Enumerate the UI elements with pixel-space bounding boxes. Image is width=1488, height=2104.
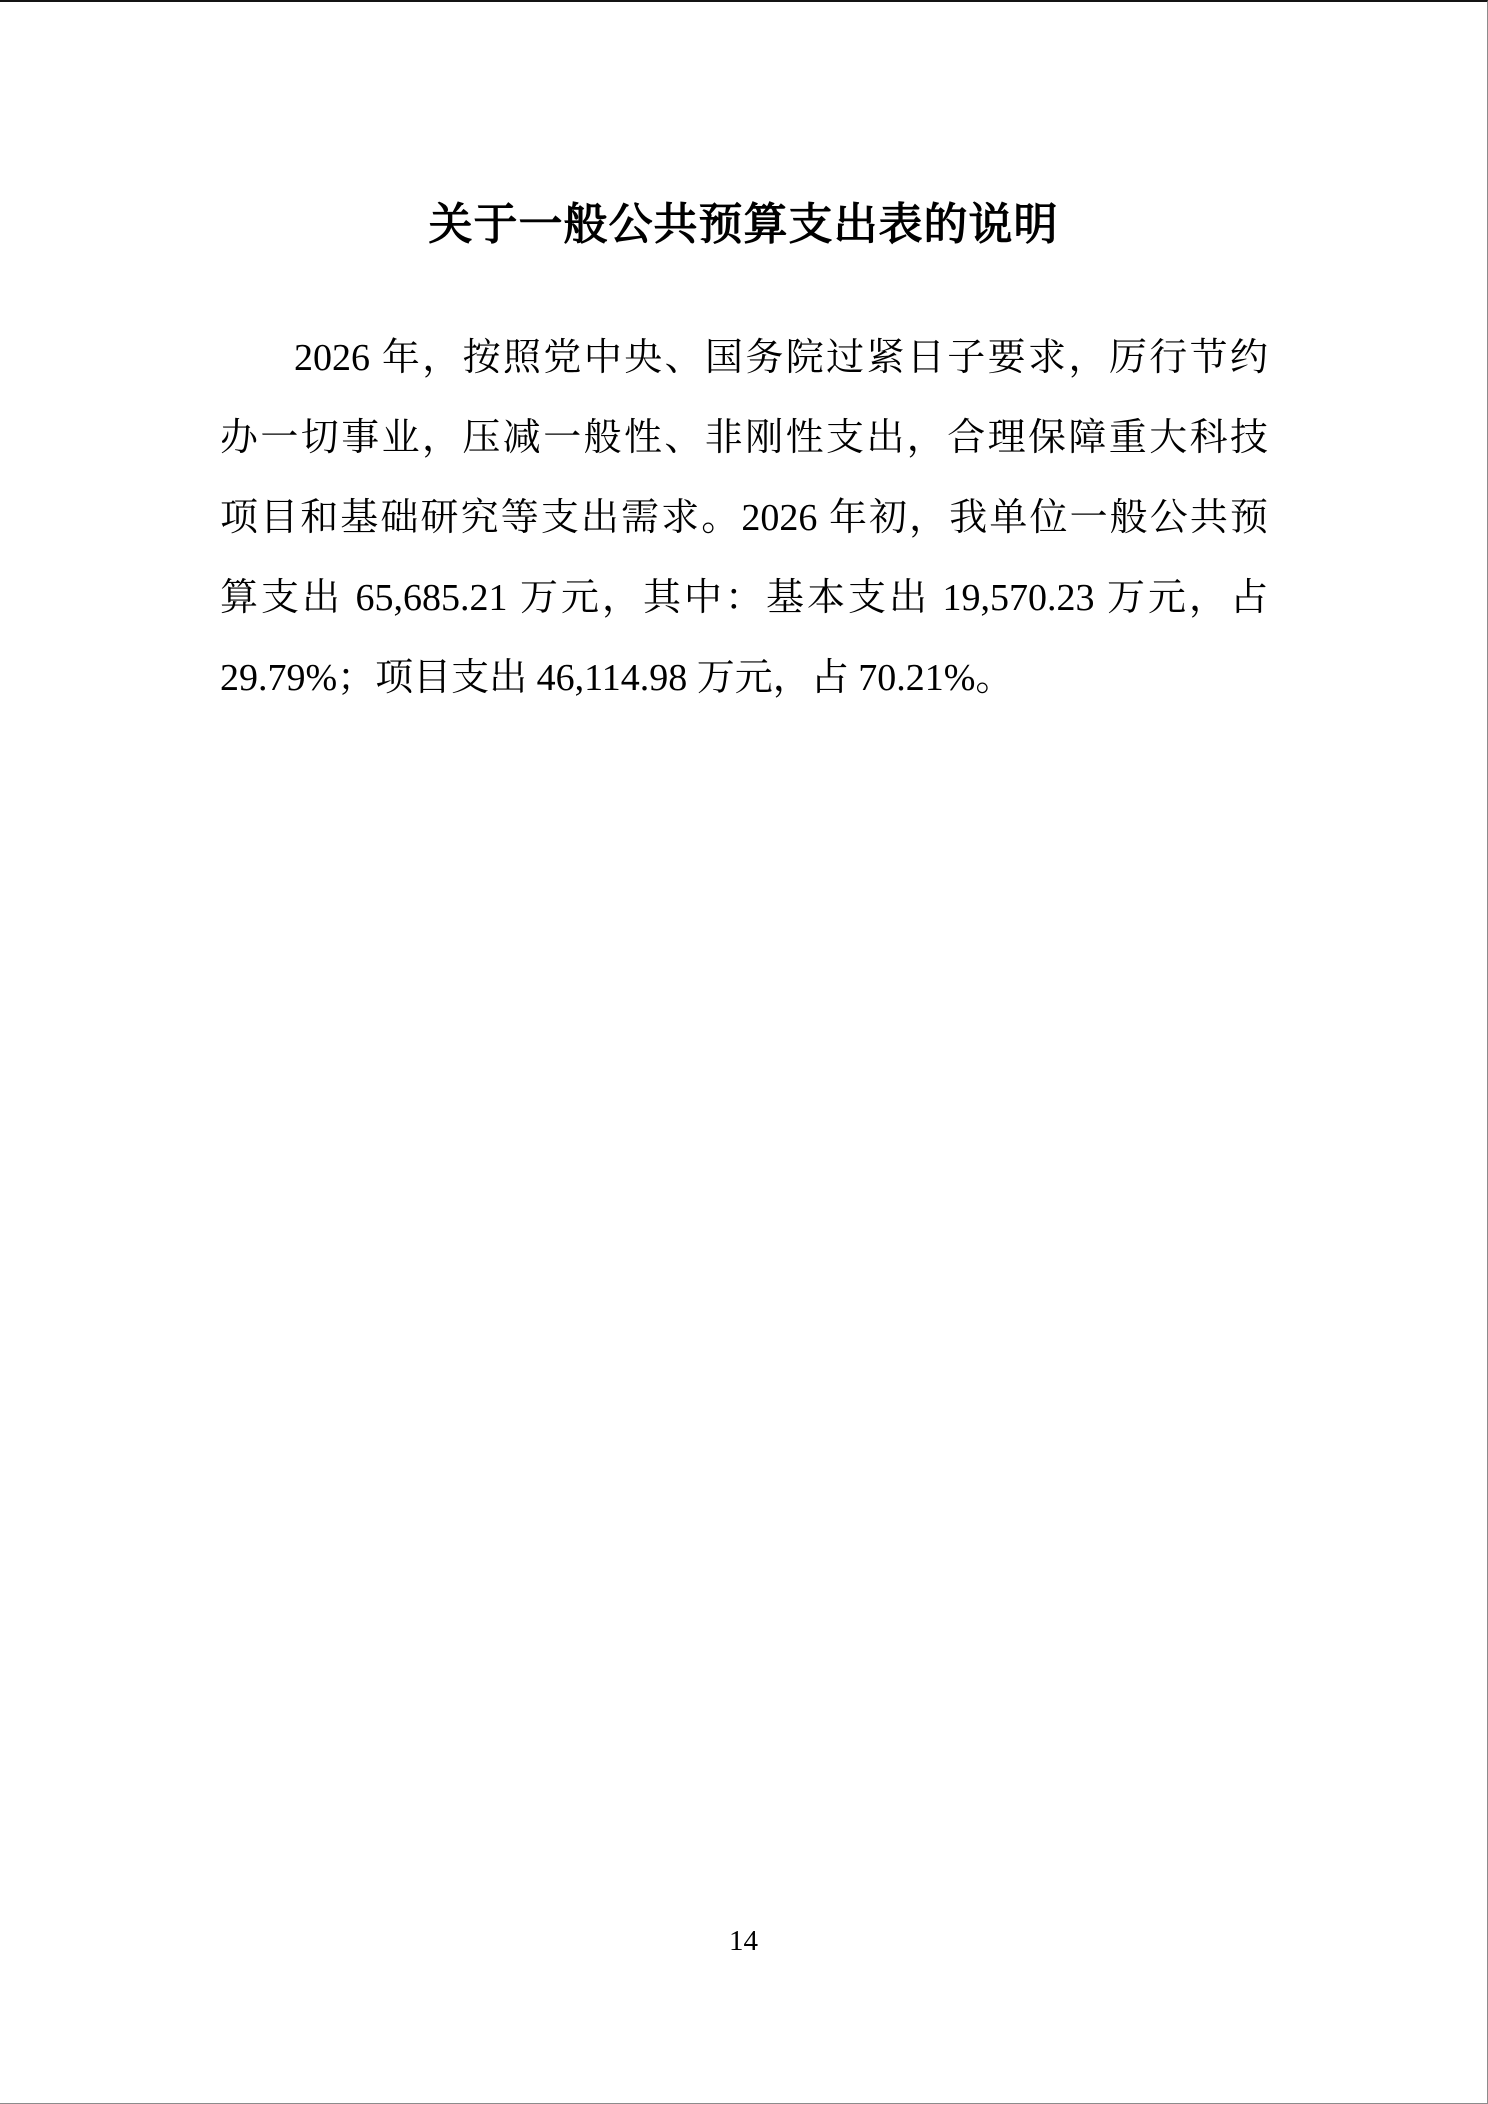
paragraph-line: 29.79%；项目支出 46,114.98 万元，占 70.21%。 xyxy=(220,638,1268,718)
paragraph-line: 算支出 65,685.21 万元，其中：基本支出 19,570.23 万元，占 xyxy=(220,558,1268,638)
page-title: 关于一般公共预算支出表的说明 xyxy=(0,196,1487,254)
paragraph-line: 办一切事业，压减一般性、非刚性支出，合理保障重大科技 xyxy=(220,398,1268,478)
body-paragraph: 2026 年，按照党中央、国务院过紧日子要求，厉行节约 办一切事业，压减一般性、… xyxy=(220,318,1268,718)
paragraph-line: 2026 年，按照党中央、国务院过紧日子要求，厉行节约 xyxy=(220,318,1268,398)
page-number: 14 xyxy=(0,1923,1487,1959)
paragraph-line: 项目和基础研究等支出需求。2026 年初，我单位一般公共预 xyxy=(220,478,1268,558)
document-page: 关于一般公共预算支出表的说明 2026 年，按照党中央、国务院过紧日子要求，厉行… xyxy=(0,0,1488,2104)
